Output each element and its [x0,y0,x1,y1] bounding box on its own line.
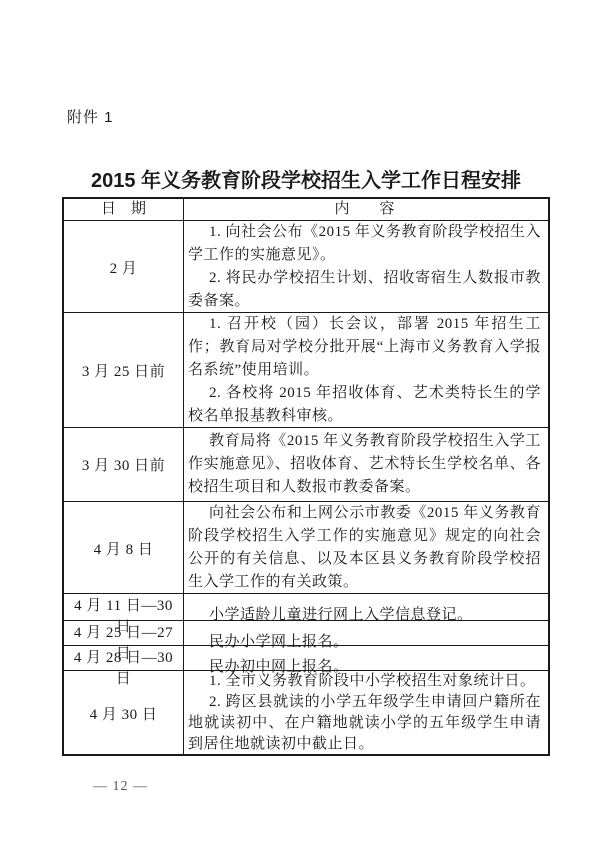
date-cell: 3 月 30 日前 [64,428,184,501]
content-cell: 教育局将《2015 年义务教育阶段学校招生入学工作实施意见》、招收体育、艺术特长… [184,428,548,501]
content-paragraph: 2. 各校将 2015 年招收体育、艺术类特长生的学校名单报基教科审核。 [188,382,541,428]
table-header-row: 日 期 内 容 [64,199,548,220]
content-cell: 向社会公布和上网公示市教委《2015 年义务教育阶段学校招生入学工作的实施意见》… [184,502,548,594]
table-row: 3 月 25 日前 1. 召开校（园）长会议，部署 2015 年招生工作；教育局… [64,312,548,427]
content-cell: 1. 召开校（园）长会议，部署 2015 年招生工作；教育局对学校分批开展“上海… [184,313,548,428]
date-cell: 2 月 [64,221,184,313]
schedule-table: 日 期 内 容 2 月 1. 向社会公布《2015 年义务教育阶段学校招生入学工… [62,197,550,756]
page-number: — 12 — [93,778,148,796]
date-cell: 3 月 25 日前 [64,313,184,428]
table-row: 2 月 1. 向社会公布《2015 年义务教育阶段学校招生入学工作的实施意见》。… [64,220,548,312]
table-row: 4 月 30 日 1. 全市义务教育阶段中小学校招生对象统计日。 2. 跨区县就… [64,670,548,754]
table-row: 4 月 11 日—30 日 小学适龄儿童进行网上入学信息登记。 [64,593,548,620]
content-paragraph: 教育局将《2015 年义务教育阶段学校招生入学工作实施意见》、招收体育、艺术特长… [188,430,541,499]
content-cell: 1. 向社会公布《2015 年义务教育阶段学校招生入学工作的实施意见》。 2. … [184,221,548,313]
table-row: 4 月 28 日—30 日 民办初中网上报名。 [64,645,548,670]
header-content: 内 容 [184,199,548,220]
content-paragraph: 1. 全市义务教育阶段中小学校招生对象统计日。 [188,671,541,692]
content-paragraph: 2. 将民办学校招生计划、招收寄宿生人数报市教委备案。 [188,267,541,313]
table-row: 4 月 25 日—27 日 民办小学网上报名。 [64,620,548,645]
table-row: 3 月 30 日前 教育局将《2015 年义务教育阶段学校招生入学工作实施意见》… [64,427,548,501]
content-paragraph: 1. 召开校（园）长会议，部署 2015 年招生工作；教育局对学校分批开展“上海… [188,313,541,382]
page-title: 2015 年义务教育阶段学校招生入学工作日程安排 [62,168,550,194]
header-date: 日 期 [64,199,184,220]
date-cell: 4 月 30 日 [64,671,184,755]
date-cell: 4 月 8 日 [64,502,184,594]
table-row: 4 月 8 日 向社会公布和上网公示市教委《2015 年义务教育阶段学校招生入学… [64,501,548,593]
content-cell: 1. 全市义务教育阶段中小学校招生对象统计日。 2. 跨区县就读的小学五年级学生… [184,671,548,755]
content-paragraph: 2. 跨区县就读的小学五年级学生申请回户籍所在地就读初中、在户籍地就读小学的五年… [188,692,541,755]
document-page: 附件 1 2015 年义务教育阶段学校招生入学工作日程安排 日 期 内 容 2 … [0,0,600,848]
content-paragraph: 1. 向社会公布《2015 年义务教育阶段学校招生入学工作的实施意见》。 [188,221,541,267]
attachment-label: 附件 1 [67,109,114,127]
content-paragraph: 向社会公布和上网公示市教委《2015 年义务教育阶段学校招生入学工作的实施意见》… [188,502,541,594]
